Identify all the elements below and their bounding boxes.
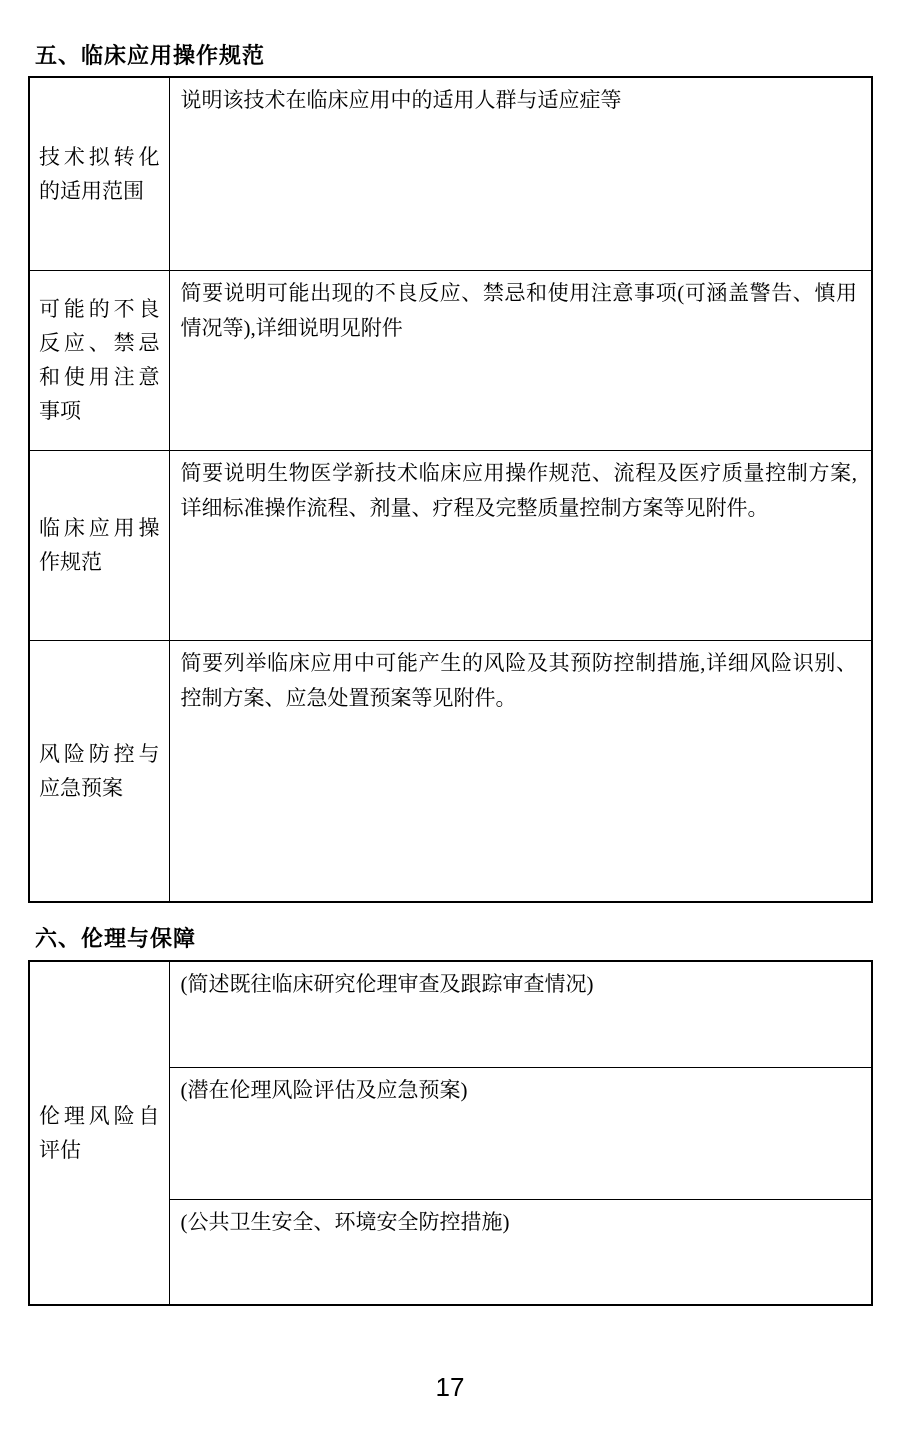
row-header-risk-prevention: 风险防控与应急预案: [29, 640, 169, 902]
cell-public-health-safety: (公共卫生安全、环境安全防控措施): [169, 1199, 872, 1305]
table-row: 风险防控与应急预案 简要列举临床应用中可能产生的风险及其预防控制措施,详细风险识…: [29, 640, 872, 902]
cell-adverse-description: 简要说明可能出现的不良反应、禁忌和使用注意事项(可涵盖警告、慎用情况等),详细说…: [169, 270, 872, 450]
row-header-operation-spec: 临床应用操作规范: [29, 450, 169, 640]
clinical-application-table: 技术拟转化的适用范围 说明该技术在临床应用中的适用人群与适应症等 可能的不良反应…: [28, 76, 873, 903]
table-row: 临床应用操作规范 简要说明生物医学新技术临床应用操作规范、流程及医疗质量控制方案…: [29, 450, 872, 640]
cell-scope-description: 说明该技术在临床应用中的适用人群与适应症等: [169, 77, 872, 270]
cell-operation-description: 简要说明生物医学新技术临床应用操作规范、流程及医疗质量控制方案,详细标准操作流程…: [169, 450, 872, 640]
cell-risk-description: 简要列举临床应用中可能产生的风险及其预防控制措施,详细风险识别、控制方案、应急处…: [169, 640, 872, 902]
section-6-heading: 六、伦理与保障: [35, 926, 900, 951]
row-header-ethics-self-assessment: 伦理风险自评估: [29, 961, 169, 1305]
table-row: 伦理风险自评估 (简述既往临床研究伦理审查及跟踪审查情况): [29, 961, 872, 1067]
cell-ethics-review: (简述既往临床研究伦理审查及跟踪审查情况): [169, 961, 872, 1067]
row-header-scope: 技术拟转化的适用范围: [29, 77, 169, 270]
ethics-table: 伦理风险自评估 (简述既往临床研究伦理审查及跟踪审查情况) (潜在伦理风险评估及…: [28, 960, 873, 1306]
page-number: 17: [0, 1372, 900, 1402]
cell-ethics-risk-assessment: (潜在伦理风险评估及应急预案): [169, 1067, 872, 1199]
document-page: 五、临床应用操作规范 技术拟转化的适用范围 说明该技术在临床应用中的适用人群与适…: [0, 0, 900, 1430]
row-header-adverse-reactions: 可能的不良反应、禁忌和使用注意事项: [29, 270, 169, 450]
table-row: 技术拟转化的适用范围 说明该技术在临床应用中的适用人群与适应症等: [29, 77, 872, 270]
table-row: 可能的不良反应、禁忌和使用注意事项 简要说明可能出现的不良反应、禁忌和使用注意事…: [29, 270, 872, 450]
section-5-heading: 五、临床应用操作规范: [35, 43, 900, 68]
